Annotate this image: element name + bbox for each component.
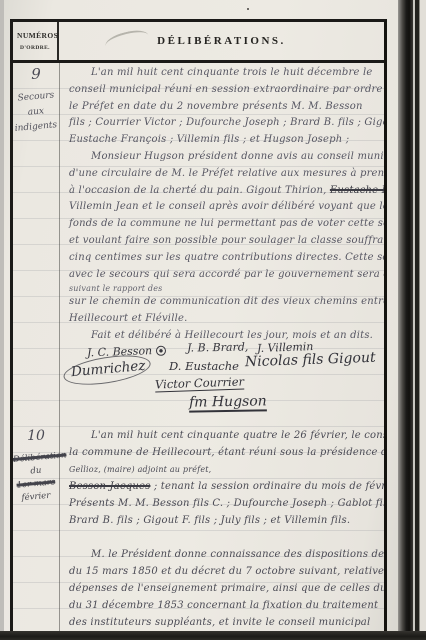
table-frame: NUMÉROS D'ORDRE. DÉLIBÉRATIONS. 9 Secour… [10,19,387,632]
signature: Dumrichez [70,358,146,380]
page-title: DÉLIBÉRATIONS. [157,35,286,47]
manuscript-line: conseil municipal réuni en session extra… [69,82,382,99]
deliberation-entry-10: 10 Délibérationdu1er marsfévrier L'an mi… [13,427,384,640]
manuscript-line: à l'occasion de la cherté du pain. Gigou… [69,183,382,200]
entry-9-margin-notes: Secoursauxindigents [13,90,59,135]
manuscript-line [69,529,382,546]
margin-note: février [13,489,60,506]
manuscript-line: sur le chemin de communication dit des v… [69,294,382,311]
ordre-label: D'ORDRE. [17,45,50,51]
entry-10-margin: 10 Délibérationdu1er marsfévrier [13,427,59,640]
manuscript-line: fonds de la commune ne lui permettant pa… [69,216,382,233]
manuscript-line: la commune de Heillecourt, étant réuni s… [69,444,382,461]
table-header: NUMÉROS D'ORDRE. DÉLIBÉRATIONS. [13,22,384,63]
signature: Nicolas fils Gigout [245,350,376,371]
book-gutter-shadow [398,0,413,632]
manuscript-line: dépenses de l'enseignement primaire, ain… [69,580,382,597]
manuscript-line: du 15 mars 1850 et du décret du 7 octobr… [69,563,382,580]
scan-bottom-edge [0,631,426,640]
order-number-column-header: NUMÉROS D'ORDRE. [13,22,59,60]
entry-9-text: L'an mil huit cent cinquante trois le hu… [59,65,384,345]
signature: fm Hugson [189,393,267,410]
manuscript-line: L'an mil huit cent cinquante trois le hu… [69,65,382,82]
deliberation-entry-9: 9 Secoursauxindigents L'an mil huit cent… [13,65,384,345]
manuscript-line: Monsieur Hugson président donne avis au … [69,149,382,166]
entry-10-margin-notes: Délibérationdu1er marsfévrier [13,452,59,504]
margin-note: indigents [12,118,59,137]
manuscript-line: Présents M. M. Besson fils C. ; Dufourch… [69,495,382,512]
signature: J. B. Brard, [187,340,249,354]
manuscript-line: cinq centimes sur les quatre contributio… [69,250,382,267]
manuscript-line: Brard B. fils ; Gigout F. fils ; July fi… [69,512,382,529]
manuscript-line: avec le secours qui sera accordé par le … [69,267,382,284]
ink-dot [247,8,249,10]
manuscript-line: le Préfet en date du 2 novembre présents… [69,99,382,116]
manuscript-line: des instituteurs suppléants, et invite l… [69,614,382,631]
register-sheet: NUMÉROS D'ORDRE. DÉLIBÉRATIONS. 9 Secour… [4,0,398,632]
signature: Victor Courrier [155,374,244,391]
manuscript-line: Besson Jacques ; tenant la session ordin… [69,478,382,495]
manuscript-line: M. le Président donne connaissance des d… [69,546,382,563]
manuscript-line: Eustache François ; Villemin fils ; et H… [69,132,382,149]
entry-number: 9 [13,65,59,83]
adjacent-page-edge [413,0,426,632]
manuscript-line: suivant le rapport des [69,283,382,294]
manuscript-line: et voulant faire son possible pour soula… [69,233,382,250]
manuscript-line: Villemin Jean et le conseil après avoir … [69,199,382,216]
entry-9-margin: 9 Secoursauxindigents [13,65,59,345]
manuscript-line: du 31 décembre 1853 concernant la fixati… [69,597,382,614]
manuscript-line: L'an mil huit cent cinquante quatre le 2… [69,427,382,444]
numeros-label: NUMÉROS [17,31,58,40]
table-body: 9 Secoursauxindigents L'an mil huit cent… [13,63,384,632]
scanned-register-page: NUMÉROS D'ORDRE. DÉLIBÉRATIONS. 9 Secour… [0,0,426,640]
signature: D. Eustache [169,359,239,373]
entry-10-text: L'an mil huit cent cinquante quatre le 2… [59,427,384,640]
manuscript-line: Heillecourt et Fléville. [69,311,382,328]
entry-9-signatures: J. C. BessonJ. B. Brard,J. VilleminD. Eu… [59,339,384,431]
manuscript-line: fils ; Courrier Victor ; Dufourche Josep… [69,115,382,132]
entry-number: 10 [13,427,59,445]
manuscript-line: d'une circulaire de M. le Préfet relativ… [69,166,382,183]
manuscript-line: Gellioz, (maire) adjoint au préfet, [69,461,382,478]
